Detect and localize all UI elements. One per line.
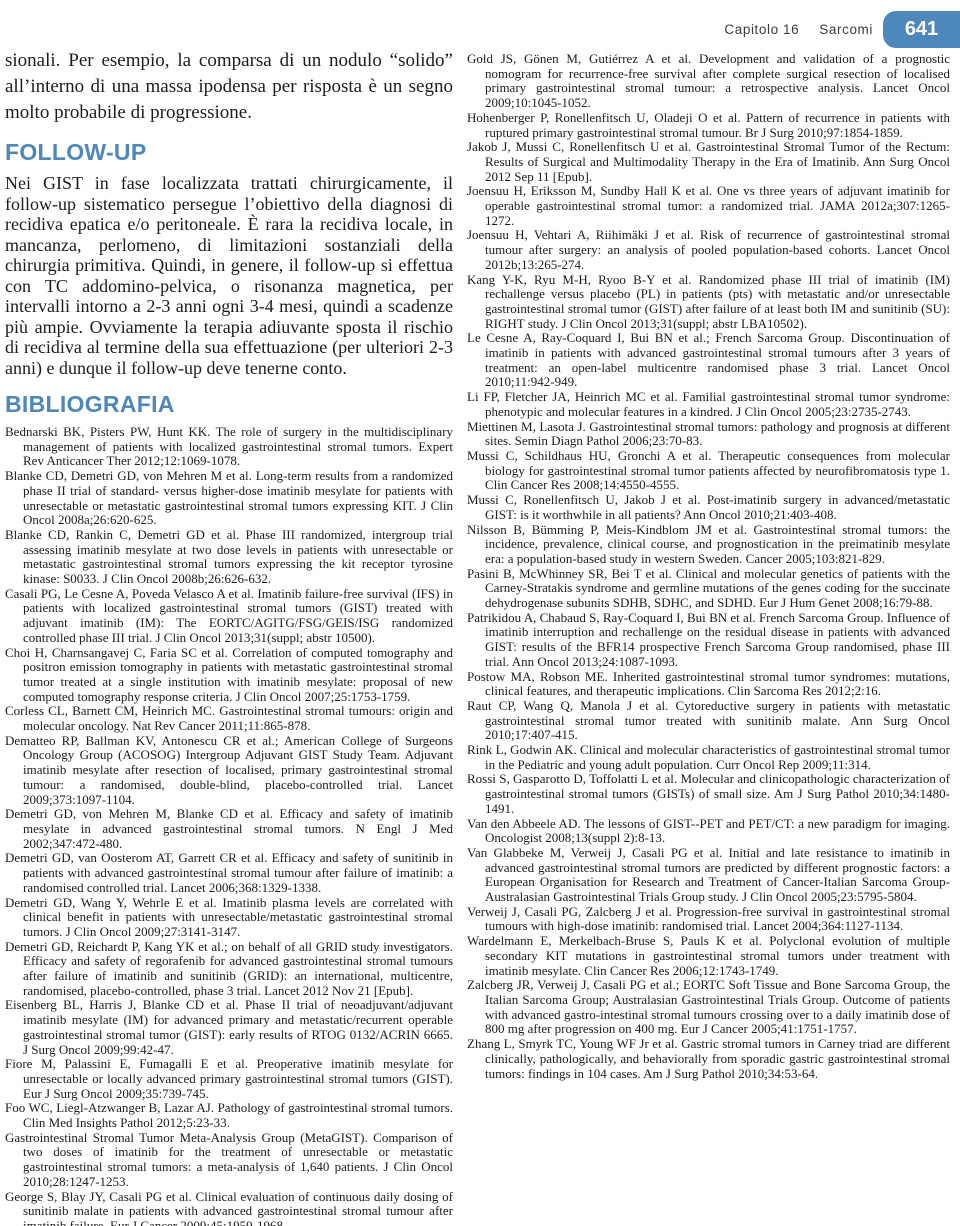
left-column: sionali. Per esempio, la comparsa di un …: [5, 48, 453, 1226]
page-number: 641: [905, 18, 938, 41]
bibliography-entry: Foo WC, Liegl-Atzwanger B, Lazar AJ. Pat…: [5, 1101, 453, 1130]
bibliography-entry: Demetri GD, von Mehren M, Blanke CD et a…: [5, 807, 453, 851]
bibliography-entry: Verweij J, Casali PG, Zalcberg J et al. …: [467, 905, 950, 934]
page-content: sionali. Per esempio, la comparsa di un …: [5, 48, 950, 1226]
bibliography-entry: Raut CP, Wang Q, Manola J et al. Cytored…: [467, 699, 950, 743]
bibliography-entry: Miettinen M, Lasota J. Gastrointestinal …: [467, 420, 950, 449]
bibliography-entry: Zhang L, Smyrk TC, Young WF Jr et al. Ga…: [467, 1037, 950, 1081]
bibliography-entry: Demetri GD, Wang Y, Wehrle E et al. Imat…: [5, 896, 453, 940]
chapter-label: Capitolo 16: [724, 22, 799, 37]
bibliography-entry: Rink L, Godwin AK. Clinical and molecula…: [467, 743, 950, 772]
bibliography-entry: Nilsson B, Bümming P, Meis-Kindblom JM e…: [467, 523, 950, 567]
bibliography-list-left: Bednarski BK, Pisters PW, Hunt KK. The r…: [5, 425, 453, 1226]
right-column: Gold JS, Gönen M, Gutiérrez A et al. Dev…: [467, 48, 950, 1226]
bibliography-entry: Blanke CD, Rankin C, Demetri GD et al. P…: [5, 528, 453, 587]
book-page: Capitolo 16 Sarcomi 641 sionali. Per ese…: [0, 0, 960, 1226]
bibliography-entry: Fiore M, Palassini E, Fumagalli E et al.…: [5, 1057, 453, 1101]
bibliography-entry: Patrikidou A, Chabaud S, Ray-Coquard I, …: [467, 611, 950, 670]
section-label: Sarcomi: [819, 22, 873, 37]
bibliography-entry: Van Glabbeke M, Verweij J, Casali PG et …: [467, 846, 950, 905]
bibliography-entry: Demetri GD, van Oosterom AT, Garrett CR …: [5, 851, 453, 895]
bibliography-entry: Postow MA, Robson ME. Inherited gastroin…: [467, 670, 950, 699]
running-header: Capitolo 16 Sarcomi 641: [724, 11, 960, 48]
bibliography-entry: Zalcberg JR, Verweij J, Casali PG et al.…: [467, 978, 950, 1037]
bibliography-entry: Bednarski BK, Pisters PW, Hunt KK. The r…: [5, 425, 453, 469]
bibliography-heading: BIBLIOGRAFIA: [5, 391, 453, 418]
followup-heading: FOLLOW-UP: [5, 139, 453, 166]
bibliography-entry: George S, Blay JY, Casali PG et al. Clin…: [5, 1190, 453, 1226]
page-number-badge: 641: [883, 11, 960, 48]
bibliography-entry: Corless CL, Barnett CM, Heinrich MC. Gas…: [5, 704, 453, 733]
bibliography-entry: Van den Abbeele AD. The lessons of GIST-…: [467, 817, 950, 846]
intro-paragraph: sionali. Per esempio, la comparsa di un …: [5, 48, 453, 126]
bibliography-entry: Rossi S, Gasparotto D, Toffolatti L et a…: [467, 772, 950, 816]
bibliography-entry: Joensuu H, Vehtari A, Riihimäki J et al.…: [467, 228, 950, 272]
bibliography-entry: Dematteo RP, Ballman KV, Antonescu CR et…: [5, 734, 453, 808]
bibliography-entry: Li FP, Fletcher JA, Heinrich MC et al. F…: [467, 390, 950, 419]
bibliography-entry: Mussi C, Schildhaus HU, Gronchi A et al.…: [467, 449, 950, 493]
bibliography-entry: Wardelmann E, Merkelbach-Bruse S, Pauls …: [467, 934, 950, 978]
bibliography-entry: Eisenberg BL, Harris J, Blanke CD et al.…: [5, 998, 453, 1057]
bibliography-entry: Choi H, Charnsangavej C, Faria SC et al.…: [5, 646, 453, 705]
bibliography-list-right: Gold JS, Gönen M, Gutiérrez A et al. Dev…: [467, 52, 950, 1081]
bibliography-entry: Hohenberger P, Ronellenfitsch U, Oladeji…: [467, 111, 950, 140]
bibliography-entry: Gastrointestinal Stromal Tumor Meta-Anal…: [5, 1131, 453, 1190]
bibliography-entry: Gold JS, Gönen M, Gutiérrez A et al. Dev…: [467, 52, 950, 111]
bibliography-entry: Demetri GD, Reichardt P, Kang YK et al.;…: [5, 940, 453, 999]
bibliography-entry: Kang Y-K, Ryu M-H, Ryoo B-Y et al. Rando…: [467, 273, 950, 332]
bibliography-entry: Jakob J, Mussi C, Ronellenfitsch U et al…: [467, 140, 950, 184]
bibliography-entry: Joensuu H, Eriksson M, Sundby Hall K et …: [467, 184, 950, 228]
bibliography-entry: Blanke CD, Demetri GD, von Mehren M et a…: [5, 469, 453, 528]
bibliography-entry: Pasini B, McWhinney SR, Bei T et al. Cli…: [467, 567, 950, 611]
followup-paragraph: Nei GIST in fase localizzata trattati ch…: [5, 173, 453, 378]
bibliography-entry: Le Cesne A, Ray-Coquard I, Bui BN et al.…: [467, 331, 950, 390]
bibliography-entry: Casali PG, Le Cesne A, Poveda Velasco A …: [5, 587, 453, 646]
bibliography-entry: Mussi C, Ronellenfitsch U, Jakob J et al…: [467, 493, 950, 522]
